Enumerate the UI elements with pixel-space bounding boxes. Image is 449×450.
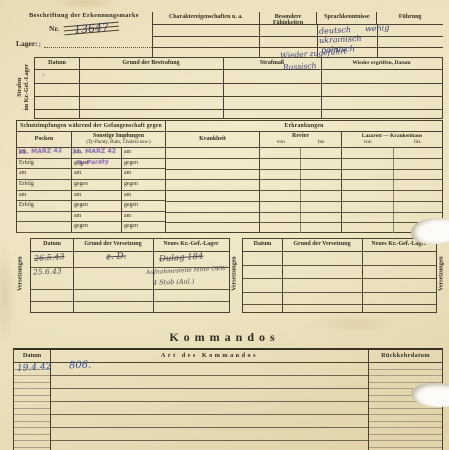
transfers-table-left: Datum Grund der Versetzung Neues Kr.-Gef… — [30, 238, 230, 313]
vaccinations-subheader: Pocken Sonstige Impfungen (Ty-Paraty, Ru… — [17, 132, 165, 148]
vaccinations-rows: amamam Erfolggegengegen amamam Erfolggeg… — [17, 148, 165, 233]
illnesses-rows — [166, 148, 442, 233]
handwritten-kommando-number: 806. — [69, 360, 92, 372]
traits-header-row: Charaktereigenschaften u. a. Besondere F… — [153, 12, 443, 25]
vaccinations-title: Schutzimpfungen während der Gefangenscha… — [17, 121, 165, 132]
punishments-side-label: Strafen im Kr.-Gef.-Lager — [17, 52, 31, 122]
col-revier: Revier vonbis — [259, 132, 341, 147]
transfers-header-row: Datum Grund der Versetzung Neues Kr.-Gef… — [31, 239, 229, 252]
cell-label: gegen — [121, 201, 165, 211]
date-stamp: 31. MÄRZ 42 — [72, 148, 116, 156]
col-neues-lager: Neues Kr.-Gef.-Lager — [153, 239, 229, 251]
kommandos-title: Kommandos — [0, 330, 449, 345]
art-column-rules — [50, 363, 368, 450]
kommandos-table: Datum Art des Kommandos Rückkehrdatum 19… — [13, 348, 443, 450]
cell-label: am — [121, 148, 165, 158]
cell-label: Erfolg — [17, 180, 71, 190]
lager-label: Lager: — [16, 39, 38, 48]
cell-label: Erfolg — [17, 201, 71, 211]
col-datum: Datum — [31, 239, 73, 251]
cell-label: gegen — [71, 222, 121, 232]
punishments-table: Datum Grund der Bestrafung Strafmaß Wied… — [34, 57, 443, 119]
transfers-side-label-right: Versetzungen — [438, 244, 445, 304]
transfers-table-right: Datum Grund der Versetzung Neues Kr.-Gef… — [242, 238, 437, 313]
transfers-rows: 26.5.43 z. D. Dulag 184 25.6.43 Aufnahme… — [31, 252, 229, 312]
cell-label: gegen — [71, 180, 121, 190]
transfers-side-label-left: Versetzungen — [17, 244, 24, 304]
ink-mark: ; — [39, 40, 41, 48]
illnesses-table: Erkrankungen Krankheit Revier vonbis Laz… — [166, 121, 442, 232]
handwritten-camp-line2: 4 Stab (Aul.) — [153, 277, 195, 286]
cell-label: am — [17, 191, 71, 201]
col-grund-der-versetzung: Grund der Versetzung — [73, 239, 153, 251]
illnesses-title: Erkrankungen — [166, 121, 442, 132]
bis-label: bis — [318, 139, 324, 145]
handwritten-kommando-date: 19.4.42 — [17, 362, 52, 374]
col-pocken: Pocken — [17, 132, 71, 147]
col-besondere-faehigkeiten: Besondere Fähigkeiten — [259, 12, 317, 24]
col-rueckkehrdatum: Rückkehrdatum — [368, 350, 442, 362]
tag-title: Beschriftung der Erkennungsmarke — [16, 12, 152, 19]
col-art-des-kommandos: Art des Kommandos — [50, 350, 368, 362]
col-charaktereigenschaften: Charaktereigenschaften u. a. — [153, 12, 259, 24]
handwritten-tag-number: 13647 — [63, 19, 119, 39]
cell-label: gegen — [121, 159, 165, 169]
transfers-rows — [243, 252, 436, 312]
punishments-header-row: Datum Grund der Bestrafung Strafmaß Wied… — [35, 58, 442, 70]
handwritten-note-russisch: Russisch — [283, 61, 317, 72]
cell-label: am — [71, 169, 121, 179]
cell-label — [17, 222, 71, 232]
von-label: von — [363, 139, 371, 145]
col-grund-der-bestrafung: Grund der Bestrafung — [79, 58, 223, 69]
nr-label: Nr. — [49, 24, 59, 33]
cell-label: Erfolg — [17, 159, 71, 169]
identification-tag-section: Beschriftung der Erkennungsmarke Nr. 136… — [16, 12, 152, 57]
kommandos-rows: 19.4.42 806. — [14, 363, 442, 450]
col-sonstige-impfungen: Sonstige Impfungen (Ty-Paraty, Ruhr, Cho… — [71, 132, 165, 147]
handwritten-date-struck: 26.5.43 — [34, 252, 65, 263]
col-fuehrung: Führung — [376, 12, 443, 24]
col-krankheit: Krankheit — [166, 132, 259, 147]
paper-stain — [40, 0, 130, 12]
handwritten-camp-struck: Dulag 184 — [159, 251, 204, 264]
vaccinations-table: Schutzimpfungen während der Gefangenscha… — [17, 121, 166, 232]
cell-label: am — [121, 212, 165, 222]
col-wieder-ergriffen: Wieder ergriffen, Datum — [321, 58, 442, 69]
cell-label: gegen — [71, 201, 121, 211]
cell-label: gegen — [121, 222, 165, 232]
col-lazarett-krankenhaus: Lazarett — Krankenhaus vonbis — [341, 132, 442, 147]
tag-number-row: Nr. 13647 — [16, 21, 152, 36]
von-label: von — [277, 139, 285, 145]
handwritten-date: 25.6.43 — [33, 267, 62, 277]
handwritten-language-level: wenig — [365, 23, 390, 33]
cell-label: am — [71, 212, 121, 222]
cell-label — [17, 212, 71, 222]
cell-label: am — [71, 191, 121, 201]
cell-label: am — [17, 169, 71, 179]
handwritten-language-ukrainian: ukrainisch — [319, 34, 362, 45]
vaccinations-illnesses-section: Schutzimpfungen während der Gefangenscha… — [16, 120, 443, 233]
cell-label: gegen — [121, 180, 165, 190]
col-grund-der-versetzung: Grund der Versetzung — [282, 239, 362, 251]
illnesses-subheader: Krankheit Revier vonbis Lazarett — Krank… — [166, 132, 442, 148]
handwritten-reason-struck: z. D. — [106, 251, 127, 262]
col-datum: Datum — [35, 58, 79, 69]
col-datum: Datum — [243, 239, 282, 251]
col-datum: Datum — [14, 350, 50, 362]
transfers-header-row: Datum Grund der Versetzung Neues Kr.-Gef… — [243, 239, 436, 252]
punishments-rows: ⁘ — [35, 70, 442, 120]
cell-label: am — [121, 169, 165, 179]
lager-row: Lager:; — [16, 39, 152, 48]
transfers-side-label-middle: Versetzungen — [231, 244, 238, 304]
col-sprachkenntnisse: Sprachkenntnisse — [316, 12, 376, 24]
datum-column-rules — [14, 363, 50, 450]
col-sonstige-subtitle: (Ty-Paraty, Ruhr, Cholera usw.) — [76, 139, 162, 145]
dotted-line — [44, 39, 152, 48]
bis-label: bis — [414, 139, 420, 145]
cell-label: am — [121, 191, 165, 201]
pow-record-card-back: Beschriftung der Erkennungsmarke Nr. 136… — [0, 0, 449, 450]
ink-mark: ⁘ — [41, 72, 46, 79]
